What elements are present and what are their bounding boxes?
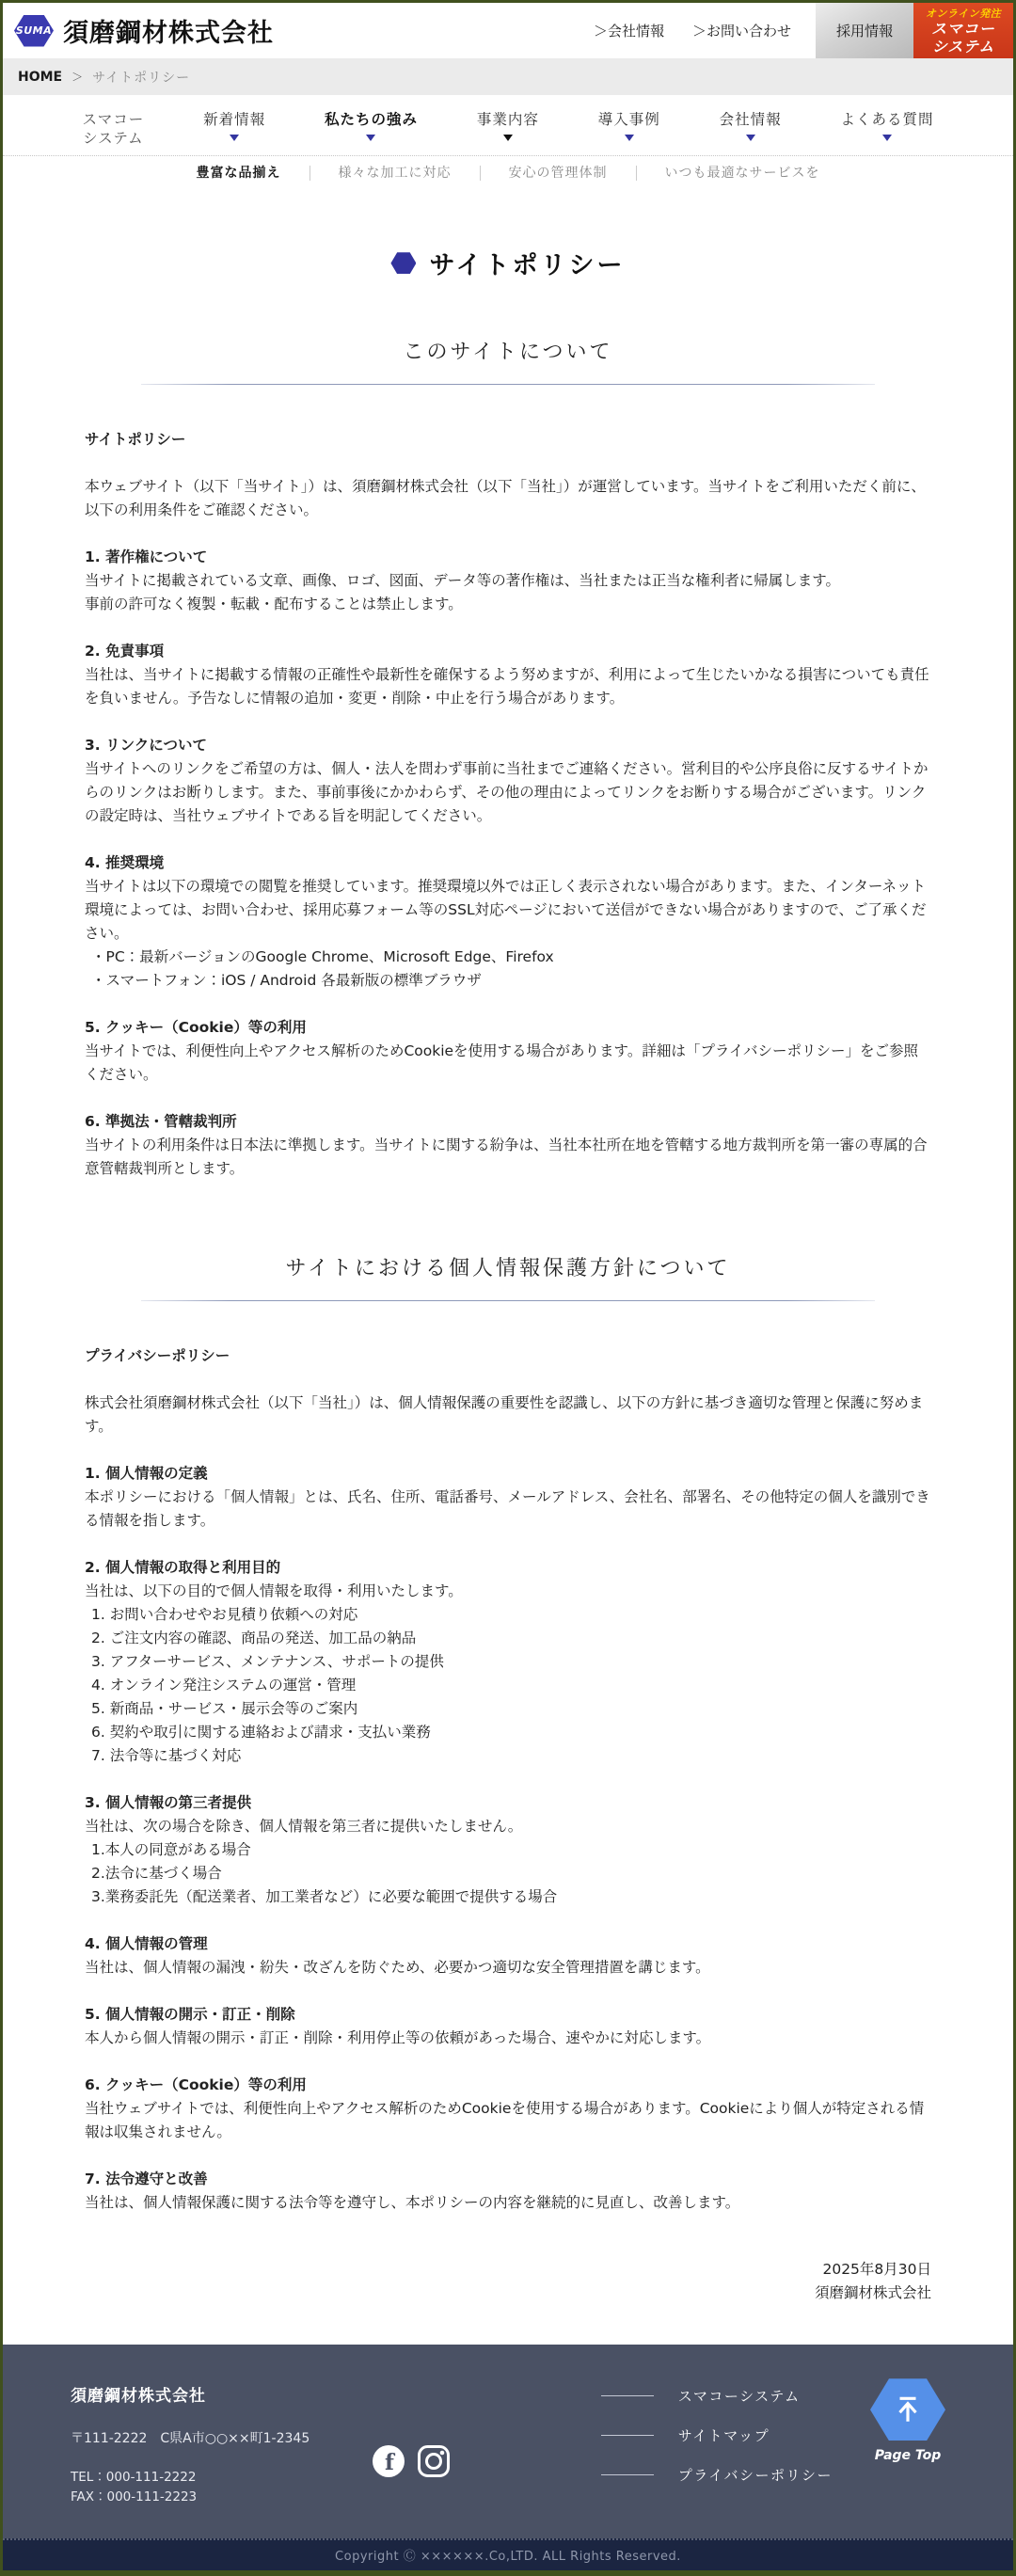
footer-link-sitemap[interactable]: サイトマップ	[601, 2425, 833, 2445]
site-header: SUMA 須磨鋼材株式会社 ＞会社情報 ＞お問い合わせ 採用情報 オンライン発注…	[3, 3, 1013, 58]
company-logo-hexagon-icon[interactable]: SUMA	[14, 15, 54, 47]
header-link-company-info[interactable]: ＞会社情報	[594, 21, 664, 40]
online-order-line1: スマコー	[931, 21, 995, 38]
submenu-item-processing[interactable]: 様々な加工に対応	[310, 166, 480, 181]
policy-line: 7. 法令等に基づく対応	[85, 1744, 931, 1768]
policy-section-title: 4. 個人情報の管理	[85, 1932, 931, 1956]
policy-line: 当社ウェブサイトでは、利便性向上やアクセス解析のためCookieを使用する場合が…	[85, 2097, 931, 2144]
policy-line: 1.本人の同意がある場合	[85, 1838, 931, 1862]
nav-label: 導入事例	[598, 110, 660, 129]
policy-line: 当社は、個人情報の漏洩・紛失・改ざんを防ぐため、必要かつ適切な安全管理措置を講じ…	[85, 1956, 931, 1980]
arrow-up-to-top-icon	[892, 2393, 924, 2425]
recruit-button[interactable]: 採用情報	[816, 3, 913, 58]
policy-section-disclaimer: 2. 免責事項 当社は、当サイトに掲載する情報の正確性や最新性を確保するよう努め…	[85, 640, 931, 710]
policy-line: 本ポリシーにおける「個人情報」とは、氏名、住所、電話番号、メールアドレス、会社名…	[85, 1486, 931, 1533]
policy-section-title: 4. 推奨環境	[85, 851, 931, 875]
nav-item-faq[interactable]: よくある質問	[840, 110, 933, 141]
nav-label: 事業内容	[477, 110, 539, 129]
privacy-policy-intro: 株式会社須磨鋼材株式会社（以下「当社」）は、個人情報保護の重要性を認識し、以下の…	[85, 1391, 931, 1439]
policy-section-title: 3. 個人情報の第三者提供	[85, 1791, 931, 1815]
policy-section-title: 2. 個人情報の取得と利用目的	[85, 1556, 931, 1580]
footer-bottom-bar: Copyright Ⓒ ××××××.Co,LTD. ALL Rights Re…	[3, 2538, 1013, 2570]
policy-line: 当サイトへのリンクをご希望の方は、個人・法人を問わず事前に当社までご連絡ください…	[85, 757, 931, 828]
policy-line: 当サイトに掲載されている文章、画像、ロゴ、図面、データ等の著作権は、当社または正…	[85, 569, 931, 593]
footer-tel: TEL：000-111-2222	[71, 2468, 310, 2487]
policy-line: 5. 新商品・サービス・展示会等のご案内	[85, 1697, 931, 1721]
submenu-item-rich-lineup[interactable]: 豊富な品揃え	[168, 166, 310, 181]
heading-underline	[141, 384, 875, 385]
footer-company-name: 須磨鋼材株式会社	[71, 2382, 310, 2406]
page-title-text: サイトポリシー	[429, 245, 625, 281]
signature-block: 2025年8月30日 須磨鋼材株式会社	[85, 2258, 931, 2345]
footer-link-sumaco-system[interactable]: スマコーシステム	[601, 2386, 833, 2406]
header-link-contact[interactable]: ＞お問い合わせ	[692, 21, 791, 40]
policy-section-environment: 4. 推奨環境 当サイトは以下の環境での閲覧を推奨しています。推奨環境以外では正…	[85, 851, 931, 993]
breadcrumb-home-link[interactable]: HOME	[18, 70, 62, 85]
policy-line: 当サイトでは、利便性向上やアクセス解析のためCookieを使用する場合があります…	[85, 1040, 931, 1087]
policy-line: 本人から個人情報の開示・訂正・削除・利用停止等の依頼があった場合、速やかに対応し…	[85, 2027, 931, 2050]
nav-label-line2: システム	[83, 129, 145, 148]
chevron-down-icon	[625, 135, 634, 141]
footer-link-label: プライバシーポリシー	[678, 2465, 833, 2485]
privacy-section-compliance: 7. 法令遵守と改善 当社は、個人情報保護に関する法令等を遵守し、本ポリシーの内…	[85, 2168, 931, 2215]
privacy-section-third-party: 3. 個人情報の第三者提供 当社は、次の場合を除き、個人情報を第三者に提供いたし…	[85, 1791, 931, 1909]
strengths-submenu: 豊富な品揃え 様々な加工に対応 安心の管理体制 いつも最適なサービスを	[3, 156, 1013, 192]
policy-section-title: 1. 著作権について	[85, 546, 931, 569]
company-name: 須磨鋼材株式会社	[63, 12, 274, 49]
main-content: サイトポリシー このサイトについて サイトポリシー 本ウェブサイト（以下「当サイ…	[3, 192, 1013, 2345]
footer-company-info: 須磨鋼材株式会社 〒111-2222 C県A市○○××町1-2345 TEL：0…	[71, 2382, 310, 2506]
policy-line: 事前の許可なく複製・転載・配布することは禁止します。	[85, 593, 931, 616]
heading-underline	[141, 1300, 875, 1301]
link-dash-icon	[601, 2395, 654, 2396]
chevron-down-icon	[230, 135, 239, 141]
policy-line: 2. ご注文内容の確認、商品の発送、加工品の納品	[85, 1627, 931, 1650]
privacy-policy-title: プライバシーポリシー	[85, 1344, 931, 1368]
nav-label: 新着情報	[203, 110, 265, 129]
policy-line: 当社は、個人情報保護に関する法令等を遵守し、本ポリシーの内容を継続的に見直し、改…	[85, 2191, 931, 2215]
policy-line: ・PC：最新バージョンのGoogle Chrome、Microsoft Edge…	[85, 946, 931, 969]
online-order-button[interactable]: オンライン発注 スマコー システム	[913, 3, 1013, 58]
policy-section-links: 3. リンクについて 当サイトへのリンクをご希望の方は、個人・法人を問わず事前に…	[85, 734, 931, 828]
footer-fax: FAX：000-111-2223	[71, 2488, 310, 2506]
privacy-section-definition: 1. 個人情報の定義 本ポリシーにおける「個人情報」とは、氏名、住所、電話番号、…	[85, 1462, 931, 1533]
policy-section-cookie: 5. クッキー（Cookie）等の利用 当サイトでは、利便性向上やアクセス解析の…	[85, 1016, 931, 1087]
page-title: サイトポリシー	[3, 245, 1013, 281]
policy-line: 3.業務委託先（配送業者、加工業者など）に必要な範囲で提供する場合	[85, 1885, 931, 1909]
chevron-down-icon	[366, 135, 375, 141]
policy-section-title: 3. リンクについて	[85, 734, 931, 757]
site-policy-title: サイトポリシー	[85, 428, 931, 452]
footer-link-privacy-policy[interactable]: プライバシーポリシー	[601, 2465, 833, 2485]
policy-line: 3. アフターサービス、メンテナンス、サポートの提供	[85, 1650, 931, 1674]
privacy-section-management: 4. 個人情報の管理 当社は、個人情報の漏洩・紛失・改ざんを防ぐため、必要かつ適…	[85, 1932, 931, 1980]
policy-section-copyright: 1. 著作権について 当サイトに掲載されている文章、画像、ロゴ、図面、データ等の…	[85, 546, 931, 616]
policy-line: 6. 契約や取引に関する連絡および請求・支払い業務	[85, 1721, 931, 1744]
nav-item-company-info[interactable]: 会社情報	[720, 110, 782, 141]
policy-section-title: 6. 準拠法・管轄裁判所	[85, 1110, 931, 1134]
chevron-down-icon	[503, 135, 513, 141]
footer-link-label: サイトマップ	[678, 2425, 770, 2445]
policy-section-title: 5. 個人情報の開示・訂正・削除	[85, 2003, 931, 2027]
footer-links: スマコーシステム サイトマップ プライバシーポリシー	[601, 2382, 833, 2485]
policy-line: 1. お問い合わせやお見積り依頼への対応	[85, 1603, 931, 1627]
footer-address: 〒111-2222 C県A市○○××町1-2345	[71, 2428, 310, 2447]
logo-text: SUMA	[16, 24, 52, 37]
online-order-tagline: オンライン発注	[926, 6, 1001, 21]
policy-line: ・スマートフォン：iOS / Android 各最新版の標準ブラウザ	[85, 969, 931, 993]
chevron-down-icon	[882, 135, 892, 141]
nav-item-sumaco-system[interactable]: スマコー システム	[83, 110, 145, 148]
nav-label-line1: スマコー	[83, 110, 145, 129]
hexagon-bullet-icon	[390, 252, 416, 274]
policy-section-title: 7. 法令遵守と改善	[85, 2168, 931, 2191]
site-policy-intro: 本ウェブサイト（以下「当サイト」）は、須磨鋼材株式会社（以下「当社」）が運営して…	[85, 475, 931, 522]
policy-line: 当サイトは以下の環境での閲覧を推奨しています。推奨環境以外では正しく表示されない…	[85, 875, 931, 946]
privacy-section-purpose: 2. 個人情報の取得と利用目的 当社は、以下の目的で個人情報を取得・利用いたしま…	[85, 1556, 931, 1768]
link-dash-icon	[601, 2435, 654, 2436]
privacy-heading: サイトにおける個人情報保護方針について	[3, 1252, 1013, 1301]
breadcrumb-current-page: サイトポリシー	[92, 68, 190, 87]
nav-item-case-studies[interactable]: 導入事例	[598, 110, 660, 141]
policy-section-title: 6. クッキー（Cookie）等の利用	[85, 2074, 931, 2097]
nav-item-business[interactable]: 事業内容	[477, 110, 539, 141]
facebook-icon[interactable]: f	[372, 2444, 405, 2478]
signature-company: 須磨鋼材株式会社	[85, 2282, 931, 2305]
header-links: ＞会社情報 ＞お問い合わせ	[594, 21, 816, 40]
submenu-item-best-service[interactable]: いつも最適なサービスを	[636, 166, 849, 181]
online-order-line2: システム	[932, 39, 994, 56]
nav-item-strengths[interactable]: 私たちの強み	[325, 110, 418, 141]
about-site-heading-text: このサイトについて	[3, 336, 1013, 365]
policy-line: 2.法令に基づく場合	[85, 1862, 931, 1885]
policy-line: 当社は、以下の目的で個人情報を取得・利用いたします。	[85, 1580, 931, 1603]
breadcrumb-separator: ＞	[71, 69, 83, 85]
policy-section-law: 6. 準拠法・管轄裁判所 当サイトの利用条件は日本法に準拠します。当サイトに関す…	[85, 1110, 931, 1181]
page-top-hexagon	[870, 2378, 945, 2441]
global-nav: スマコー システム 新着情報 私たちの強み 事業内容 導入事例 会社情報 よくあ…	[3, 95, 1013, 192]
policy-line: 当社は、当サイトに掲載する情報の正確性や最新性を確保するよう努めますが、利用によ…	[85, 663, 931, 710]
footer-social-icons: f	[372, 2444, 451, 2478]
policy-section-title: 2. 免責事項	[85, 640, 931, 663]
chevron-down-icon	[746, 135, 755, 141]
privacy-section-disclosure: 5. 個人情報の開示・訂正・削除 本人から個人情報の開示・訂正・削除・利用停止等…	[85, 2003, 931, 2050]
privacy-section-cookie: 6. クッキー（Cookie）等の利用 当社ウェブサイトでは、利便性向上やアクセ…	[85, 2074, 931, 2144]
nav-label: 会社情報	[720, 110, 782, 129]
policy-section-title: 1. 個人情報の定義	[85, 1462, 931, 1486]
policy-section-title: 5. クッキー（Cookie）等の利用	[85, 1016, 931, 1040]
policy-line: 当サイトの利用条件は日本法に準拠します。当サイトに関する紛争は、当社本社所在地を…	[85, 1134, 931, 1181]
policy-line: 4. オンライン発注システムの運営・管理	[85, 1674, 931, 1697]
page-top-label: Page Top	[870, 2448, 945, 2463]
copyright-text: Copyright Ⓒ ××××××.Co,LTD. ALL Rights Re…	[335, 2546, 681, 2564]
breadcrumb: HOME ＞ サイトポリシー	[3, 58, 1013, 95]
about-site-body: サイトポリシー 本ウェブサイト（以下「当サイト」）は、須磨鋼材株式会社（以下「当…	[85, 428, 931, 1181]
nav-item-news[interactable]: 新着情報	[203, 110, 265, 141]
nav-label: よくある質問	[840, 110, 933, 129]
nav-label: 私たちの強み	[325, 110, 418, 129]
privacy-body: プライバシーポリシー 株式会社須磨鋼材株式会社（以下「当社」）は、個人情報保護の…	[85, 1344, 931, 2215]
site-footer: 須磨鋼材株式会社 〒111-2222 C県A市○○××町1-2345 TEL：0…	[3, 2345, 1013, 2570]
privacy-heading-text: サイトにおける個人情報保護方針について	[3, 1252, 1013, 1281]
page-top-button[interactable]: Page Top	[870, 2378, 945, 2463]
instagram-icon[interactable]	[417, 2444, 451, 2478]
signature-date: 2025年8月30日	[85, 2258, 931, 2282]
policy-line: 当社は、次の場合を除き、個人情報を第三者に提供いたしません。	[85, 1815, 931, 1838]
submenu-item-quality-control[interactable]: 安心の管理体制	[480, 166, 636, 181]
link-dash-icon	[601, 2474, 654, 2475]
footer-link-label: スマコーシステム	[678, 2386, 801, 2406]
about-site-heading: このサイトについて	[3, 336, 1013, 385]
